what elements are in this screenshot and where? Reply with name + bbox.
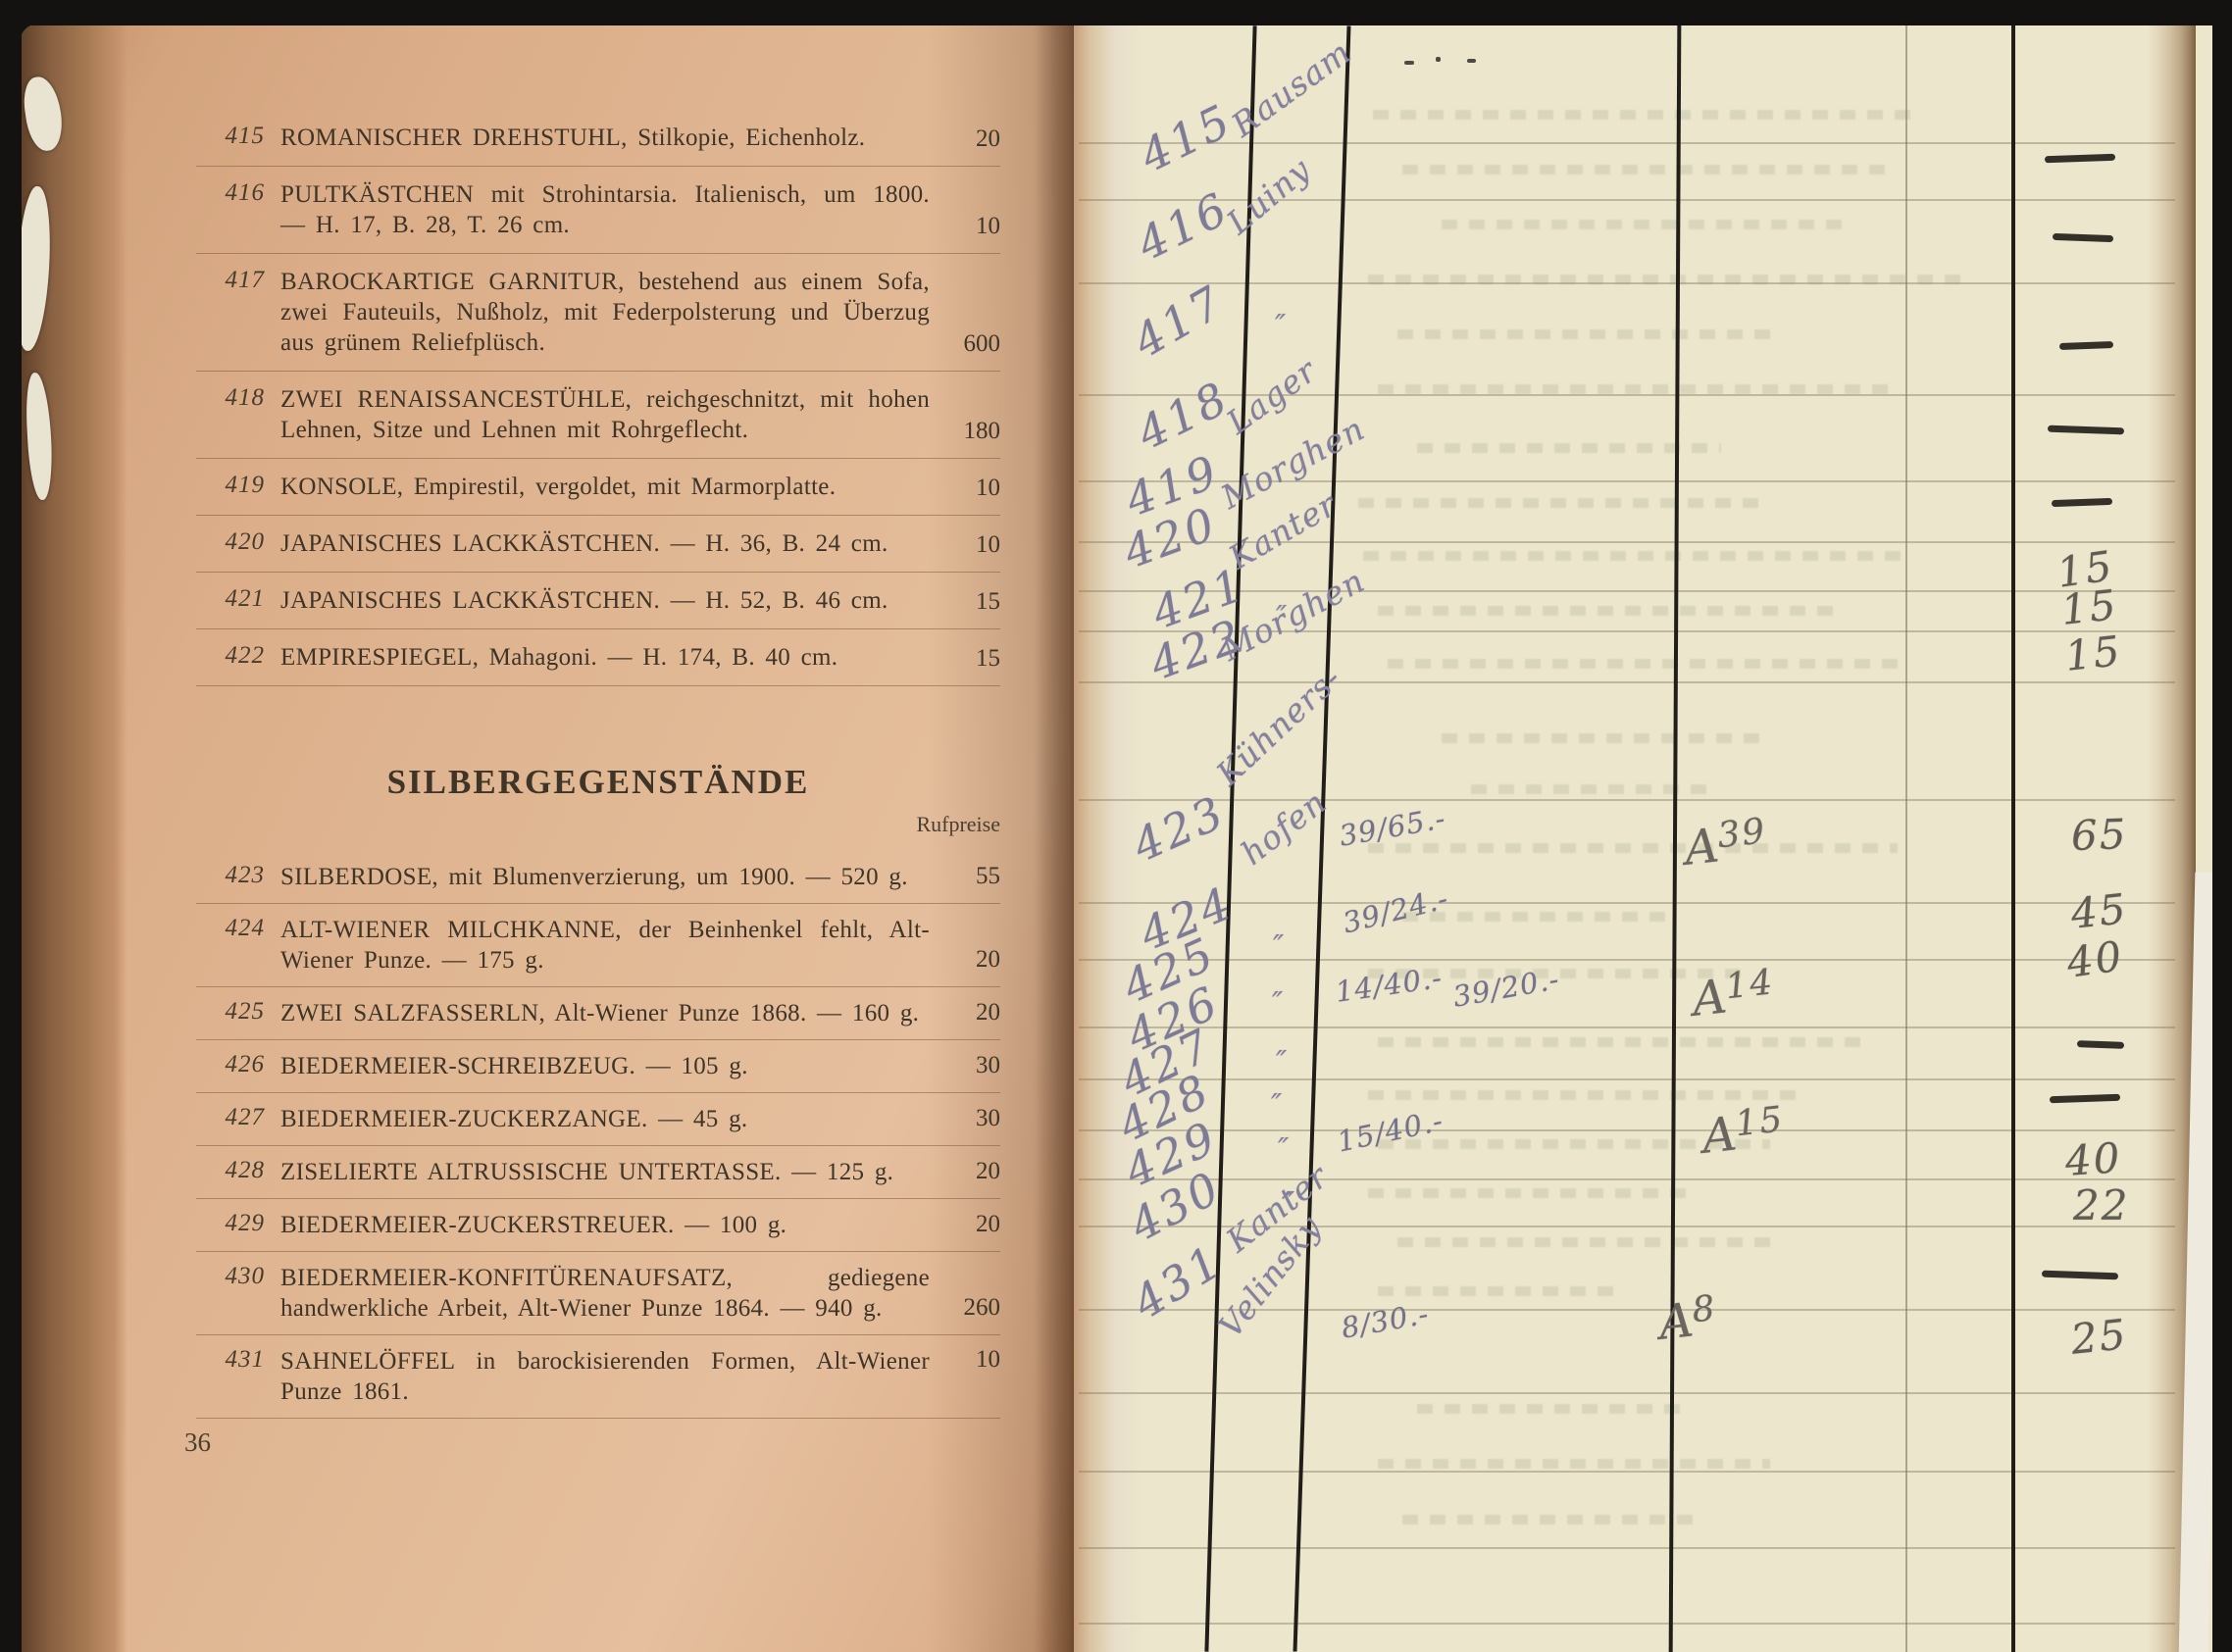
ledger-aufgeld-marker: A39: [1682, 813, 1770, 876]
catalog-description: JAPANISCHES LACKKÄSTCHEN. — H. 52, B. 46…: [280, 585, 1000, 616]
bleed-through-text: [1368, 1188, 1692, 1198]
catalog-price: 10: [938, 475, 1000, 502]
catalog-entry: 425ZWEI SALZFASSERLN, Alt-Wiener Punze 1…: [196, 987, 1000, 1040]
catalog-description: ROMANISCHER DREHSTUHL, Stilkopie, Eichen…: [280, 123, 1000, 153]
catalog-price: 20: [938, 999, 1000, 1026]
ledger-price: 40: [2064, 931, 2127, 987]
ledger-column-rule: [2011, 25, 2015, 1652]
catalog-price: 180: [938, 418, 1000, 445]
ledger-price: 15: [2058, 580, 2119, 634]
catalog-lot-number: 431: [196, 1346, 265, 1374]
ledger-price: 15: [2062, 626, 2123, 680]
catalog-description: BIEDERMEIER-SCHREIBZEUG. — 105 g.: [280, 1051, 1000, 1081]
catalog-lot-number: 429: [196, 1210, 265, 1237]
catalog-price: 260: [938, 1294, 1000, 1322]
ledger-aufgeld-marker: A15: [1699, 1101, 1788, 1165]
ledger-price: 40: [2063, 1133, 2123, 1185]
catalog-price: 20: [938, 125, 1000, 153]
ledger-ditto-mark: ″: [1276, 1045, 1287, 1079]
ledger-column-rule-faint: [1905, 25, 1907, 1652]
catalog-lot-number: 421: [196, 585, 265, 613]
catalog-price: 20: [938, 946, 1000, 974]
catalog-price: 30: [938, 1052, 1000, 1079]
ledger-price: 25: [2068, 1310, 2129, 1364]
catalog-description: ZWEI SALZFASSERLN, Alt-Wiener Punze 1868…: [280, 998, 1000, 1028]
catalog-entry: 428ZISELIERTE ALTRUSSISCHE UNTERTASSE. —…: [196, 1146, 1000, 1199]
catalog-description: ALT-WIENER MILCHKANNE, der Beinhenkel fe…: [280, 915, 1000, 976]
catalog-entry: 431SAHNELÖFFEL in barockisierenden Forme…: [196, 1335, 1000, 1419]
catalog-description: BAROCKARTIGE GARNITUR, bestehend aus ein…: [280, 267, 1000, 358]
catalog-lot-number: 416: [196, 179, 265, 207]
bleed-through-text: [1442, 733, 1765, 743]
bleed-through-text: [1378, 1037, 1868, 1047]
catalog-lot-number: 425: [196, 998, 265, 1026]
catalog-lot-number: 424: [196, 915, 265, 942]
catalog-description: PULTKÄSTCHEN mit Strohintarsia. Italieni…: [280, 179, 1000, 240]
catalog-description: SILBERDOSE, mit Blumenverzierung, um 190…: [280, 862, 1000, 892]
bleed-through-text: [1397, 1237, 1770, 1247]
bleed-through-text: [1378, 1459, 1770, 1469]
catalog-lot-number: 428: [196, 1157, 265, 1184]
catalog-description: EMPIRESPIEGEL, Mahagoni. — H. 174, B. 40…: [280, 642, 1000, 673]
ledger-ditto-mark: ″: [1278, 1132, 1289, 1167]
catalog-price: 15: [938, 588, 1000, 616]
catalog-price: 15: [938, 645, 1000, 673]
bleed-through-text: [1368, 843, 1898, 853]
price-column-label: Rufpreise: [196, 812, 1000, 837]
ledger-ditto-mark: ″: [1275, 309, 1286, 343]
pencil-speck: [1467, 59, 1476, 63]
catalog-lot-number: 423: [196, 862, 265, 889]
bleed-through-text: [1471, 784, 1706, 794]
catalog-entry: 430BIEDERMEIER-KONFITÜRENAUFSATZ, gedieg…: [196, 1252, 1000, 1335]
catalog-price: 10: [938, 531, 1000, 559]
catalog-description: BIEDERMEIER-ZUCKERZANGE. — 45 g.: [280, 1104, 1000, 1134]
bleed-through-text: [1358, 498, 1770, 508]
catalog-lot-number: 426: [196, 1051, 265, 1078]
ledger-price: 45: [2068, 884, 2129, 938]
catalog-lot-number: 422: [196, 642, 265, 670]
ledger-ditto-mark: ″: [1271, 1088, 1282, 1123]
catalog-entry: 421JAPANISCHES LACKKÄSTCHEN. — H. 52, B.…: [196, 573, 1000, 629]
catalog-lot-number: 415: [196, 123, 265, 150]
ledger-ditto-mark: ″: [1273, 929, 1284, 964]
catalog-description: BIEDERMEIER-KONFITÜRENAUFSATZ, gediegene…: [280, 1263, 1000, 1324]
pencil-speck: [1404, 61, 1414, 65]
catalog-description: BIEDERMEIER-ZUCKERSTREUER. — 100 g.: [280, 1210, 1000, 1240]
catalog-entry: 419KONSOLE, Empirestil, vergoldet, mit M…: [196, 459, 1000, 516]
catalog-price: 20: [938, 1211, 1000, 1238]
catalog-lot-number: 419: [196, 472, 265, 499]
catalog-entry: 417BAROCKARTIGE GARNITUR, bestehend aus …: [196, 254, 1000, 372]
bleed-through-text: [1402, 165, 1893, 175]
bleed-through-text: [1368, 275, 1966, 284]
catalog-lot-number: 420: [196, 528, 265, 556]
auction-catalog-book-spread: 415ROMANISCHER DREHSTUHL, Stilkopie, Eic…: [0, 0, 2232, 1652]
catalog-entries-furniture: 415ROMANISCHER DREHSTUHL, Stilkopie, Eic…: [196, 110, 1000, 686]
catalog-description: SAHNELÖFFEL in barockisierenden Formen, …: [280, 1346, 1000, 1407]
bleed-through-text: [1397, 329, 1780, 339]
catalog-lot-number: 427: [196, 1104, 265, 1131]
catalog-entry: 416PULTKÄSTCHEN mit Strohintarsia. Itali…: [196, 167, 1000, 254]
catalog-entry: 429BIEDERMEIER-ZUCKERSTREUER. — 100 g.20: [196, 1199, 1000, 1252]
bleed-through-text: [1373, 110, 1922, 120]
bleed-through-text: [1442, 220, 1853, 229]
catalog-lot-number: 430: [196, 1263, 265, 1290]
catalog-text-block: 415ROMANISCHER DREHSTUHL, Stilkopie, Eic…: [196, 110, 1000, 1419]
catalog-description: JAPANISCHES LACKKÄSTCHEN. — H. 36, B. 24…: [280, 528, 1000, 559]
page-number: 36: [184, 1427, 211, 1458]
section-header: SILBERGEGENSTÄNDE Rufpreise: [196, 763, 1000, 837]
catalog-price: 10: [938, 1346, 1000, 1374]
bleed-through-text: [1417, 1404, 1692, 1414]
catalog-description: KONSOLE, Empirestil, vergoldet, mit Marm…: [280, 472, 1000, 502]
catalog-entry: 426BIEDERMEIER-SCHREIBZEUG. — 105 g.30: [196, 1040, 1000, 1093]
catalog-description: ZWEI RENAISSANCESTÜHLE, reichgeschnitzt,…: [280, 384, 1000, 445]
catalog-entries-silver: 423SILBERDOSE, mit Blumenverzierung, um …: [196, 851, 1000, 1419]
section-title: SILBERGEGENSTÄNDE: [196, 763, 1000, 802]
bleed-through-text: [1363, 551, 1912, 561]
catalog-description: ZISELIERTE ALTRUSSISCHE UNTERTASSE. — 12…: [280, 1157, 1000, 1187]
catalog-entry: 424ALT-WIENER MILCHKANNE, der Beinhenkel…: [196, 904, 1000, 987]
ledger-price: 65: [2070, 810, 2128, 860]
catalog-entry: 422EMPIRESPIEGEL, Mahagoni. — H. 174, B.…: [196, 629, 1000, 686]
ledger-price: 22: [2073, 1181, 2129, 1229]
background-frame: [2212, 0, 2232, 1652]
catalog-entry: 423SILBERDOSE, mit Blumenverzierung, um …: [196, 851, 1000, 904]
catalog-entry: 420JAPANISCHES LACKKÄSTCHEN. — H. 36, B.…: [196, 516, 1000, 573]
bleed-through-text: [1402, 1515, 1697, 1525]
catalog-price: 10: [938, 213, 1000, 240]
catalog-lot-number: 417: [196, 267, 265, 294]
bleed-through-text: [1388, 659, 1898, 669]
bleed-through-text: [1368, 1090, 1800, 1100]
catalog-lot-number: 418: [196, 384, 265, 412]
ledger-aufgeld-marker: A14: [1690, 964, 1778, 1027]
catalog-price: 55: [938, 863, 1000, 890]
ledger-aufgeld-marker: A8: [1656, 1290, 1720, 1351]
catalog-price: 20: [938, 1158, 1000, 1185]
catalog-price: 600: [938, 330, 1000, 358]
background-frame: [0, 0, 22, 1652]
pencil-speck: [1436, 57, 1441, 62]
catalog-entry: 415ROMANISCHER DREHSTUHL, Stilkopie, Eic…: [196, 110, 1000, 167]
catalog-price: 30: [938, 1105, 1000, 1132]
background-frame: [0, 0, 2232, 25]
catalog-entry: 427BIEDERMEIER-ZUCKERZANGE. — 45 g.30: [196, 1093, 1000, 1146]
ledger-ditto-mark: ″: [1272, 986, 1283, 1021]
bleed-through-text: [1378, 384, 1898, 394]
catalog-entry: 418ZWEI RENAISSANCESTÜHLE, reichgeschnit…: [196, 372, 1000, 459]
bleed-through-text: [1378, 1286, 1613, 1296]
bleed-through-text: [1378, 606, 1839, 616]
